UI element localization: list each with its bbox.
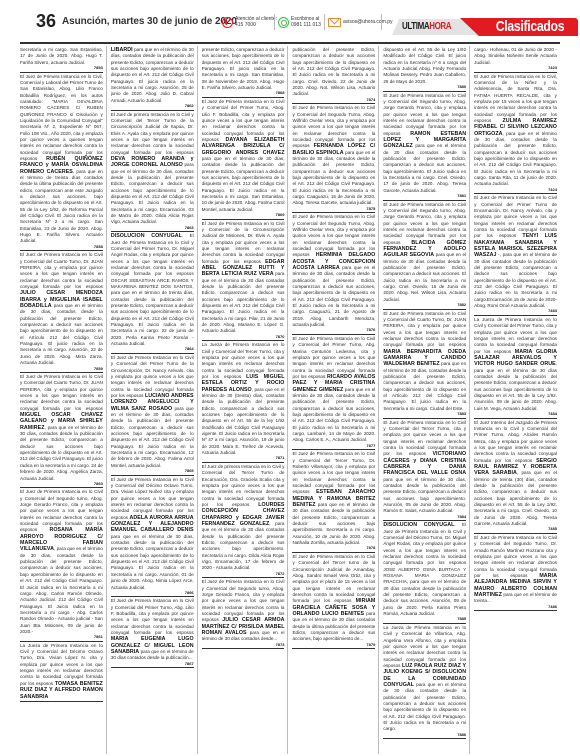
legal-notice: DISOLUCION CONYUGAL. El Juez de Primera … <box>111 232 194 354</box>
legal-notice: El Juez de Primera Instancia en lo Civil… <box>292 213 375 335</box>
legal-notice: El Juez de Primera Instancia en lo Civil… <box>383 310 466 419</box>
legal-notice: El Juez de Primera Instancia en lo Civil… <box>292 450 375 553</box>
notice-tail: para que en el término de 30 días, conta… <box>111 162 194 224</box>
notice-tail: para que en el término de 30 días, conta… <box>292 150 375 206</box>
notice-code: 7864 <box>111 347 194 352</box>
notice-code: 7886 <box>383 733 466 738</box>
notice-code: 7859 <box>20 367 103 372</box>
notice-tail: para que en el término de 30 días contad… <box>292 502 375 545</box>
notice-text: Secretaría a mi cargo. San Estanislao, 1… <box>20 47 103 65</box>
brand-logo: ULTIMAHORA <box>402 21 451 32</box>
notice-text: dispuesto en el Art. 55 de la Ley 1/92 M… <box>383 47 466 84</box>
notice-tail: para que en el término de 30 días, conta… <box>292 265 375 327</box>
notice-tail: , para que en el término de 30 días cont… <box>474 361 557 410</box>
notice-tail: -, para que en el término de 30 días con… <box>474 252 557 308</box>
legal-notice: dispuesto en el Art. 55 de la Ley 1/92 M… <box>383 46 466 92</box>
notice-tail: para que en el término de 30 días, conta… <box>20 303 103 365</box>
notice-body: El Juez de Primera Instancia en lo Civil… <box>111 598 194 661</box>
legal-notice: Secretaría a mi cargo. San Estanislao, 1… <box>20 46 103 73</box>
notice-body: El Juez de Primera Instancia en lo Civil… <box>292 451 375 546</box>
notice-code: 7877 <box>292 444 375 449</box>
notice-code: 7423 <box>474 66 557 71</box>
notice-body: El Juez de Primera Instancia en lo Civil… <box>474 74 557 188</box>
header-rule <box>20 42 560 44</box>
legal-notice: El Juez de Primera Instancia en lo Civil… <box>202 578 285 649</box>
notice-text: El Juez de Primera Instancia en lo Civil… <box>111 598 194 635</box>
notice-text: El Juez de Primera Instancia en lo Civil… <box>383 202 466 245</box>
notice-body: La Jueza de Primera Instancia en lo Civi… <box>383 625 466 733</box>
notice-tail: para que en el término de 30 días contad… <box>383 682 466 731</box>
legal-notice: La Jueza de Primera Instancia en lo Civi… <box>202 341 285 463</box>
legal-notice: LIBARDI para que en el término de 30 día… <box>111 46 194 111</box>
notice-code: 7485 <box>474 527 557 532</box>
notice-text: El Juez de Primera Instancia en lo Civil… <box>383 311 466 348</box>
notice-body: El Juez de Primera Instancia en lo Civil… <box>383 93 466 195</box>
notice-body: LIBARDI para que en el término de 30 día… <box>111 47 194 104</box>
notice-body: El Juez de Primera Instancia en lo Civil… <box>20 374 103 482</box>
legal-notice: El Juez de Primera Instancia en lo Civil… <box>202 98 285 220</box>
date-line: Asunción, martes 30 de junio de 2020 <box>62 16 237 27</box>
notice-code: 7868 <box>202 91 285 96</box>
notice-code: 7865 <box>111 469 194 474</box>
contact-value: 0981 111 013 <box>291 22 321 28</box>
legal-notice: El Juez de Primera Instancia en lo Civil… <box>383 92 466 201</box>
notice-text: El Juez de Primera Instancia en lo Civil… <box>292 214 375 257</box>
phone-icon <box>222 17 233 28</box>
notice-tail: para que en el término de 30 días, conta… <box>111 534 194 590</box>
notice-code: 7869 <box>202 213 285 218</box>
notice-tail: . El Juez de Primera Instancia en lo Civ… <box>111 233 194 346</box>
column-4: publicación del presente Edicto, compare… <box>292 46 379 754</box>
notice-text: El Juez de Primera Instancia en lo Civil… <box>383 93 466 136</box>
notice-body: publicación del presente Edicto, compare… <box>292 47 375 98</box>
notice-code: 7853 <box>20 66 103 71</box>
contact-value: 415 7000 <box>235 22 256 28</box>
notice-tail: para que en el término de 30 días, conta… <box>292 387 375 443</box>
notice-code: 7883 <box>383 412 466 417</box>
column-2: LIBARDI para que en el término de 30 día… <box>111 46 198 754</box>
legal-notice: La Jueza de Primera Instancia en lo Civi… <box>383 624 466 739</box>
notice-code: 7858 <box>20 245 103 250</box>
notice-tail: , para que en el término de treinta días… <box>20 169 103 244</box>
notice-code: 7424 <box>474 188 557 193</box>
legal-notice: publicación del presente Edicto, compare… <box>292 46 375 104</box>
section-title: Clasificados <box>489 18 571 36</box>
legal-notice: El Juez de Primera Instancia en lo Civil… <box>20 73 103 252</box>
notice-text: publicación del presente Edicto, compare… <box>292 47 375 96</box>
notice-body: DISOLUCION CONYUGAL. El Juez de Primera … <box>383 522 466 617</box>
page-number: 36 <box>36 11 56 32</box>
notice-body: El Juez de Primera Instancia en lo Civil… <box>292 554 375 643</box>
notice-text: El Juez de Primera Instancia en lo Civil… <box>20 252 103 289</box>
notice-text: El Juez de Primera Instancia en lo Civil… <box>474 195 557 238</box>
notice-tail: para que en el término de 30 días, conta… <box>383 361 466 410</box>
notice-code: 7875 <box>292 207 375 212</box>
contact-value: avisos@uhora.com.py <box>343 19 393 25</box>
notice-text: El Juez de primera Instancia en lo Civil… <box>111 112 194 155</box>
notice-tail: para que en el término de 30 días contad… <box>383 143 466 192</box>
notice-tail: para que en el término de 30 días, conta… <box>111 47 194 103</box>
notice-tail: , para que en el término de 30 días, con… <box>474 131 557 187</box>
notice-body: El Juez de Primera Instancia en lo Civil… <box>202 99 285 213</box>
notice-tail: para que en el término de 30 días, conta… <box>202 156 285 212</box>
divider <box>324 14 325 30</box>
notice-body: El Juez de Primera Instancia en lo Civil… <box>202 579 285 642</box>
notice-names: DISOLUCION CONYUGAL <box>111 233 182 239</box>
notice-text: El Juez de Primera Instancia en lo Civil… <box>20 489 103 532</box>
notice-text: El Juez de Primera Instancia en lo Civil… <box>20 374 103 411</box>
notice-body: El Juez de Primera Instancia en lo Civil… <box>20 489 103 635</box>
legal-notice: El Juez de Primera Instancia en lo Civil… <box>292 553 375 649</box>
notice-body: El Juez de Primera Instancia en lo Civil… <box>292 214 375 328</box>
notice-text: La Jueza de Primera Instancia en lo Civi… <box>383 625 466 668</box>
notice-body: El Juez de Primera Instancia en lo Civil… <box>474 195 557 309</box>
notice-code: 7873 <box>202 643 285 648</box>
legal-notice: El Juez de Primera Instancia en lo Civil… <box>111 597 194 668</box>
column-5: dispuesto en el Art. 55 de la Ley 1/92 M… <box>383 46 470 754</box>
notice-text: El Juez de Primera Instancia en lo Civil… <box>292 336 375 379</box>
notice-tail: para que en el término de 30 días contad… <box>202 271 285 333</box>
legal-notice: La Jueza de Primera Instancia en lo Civi… <box>20 642 103 702</box>
mail-icon <box>328 18 341 27</box>
notice-body: El Juez de Primera Instancia en lo Civil… <box>383 202 466 304</box>
classifieds-columns: Secretaría a mi cargo. San Estanislao, 1… <box>20 46 560 754</box>
notice-body: El Juez de Primera Instancia en lo Civil… <box>202 221 285 335</box>
notice-tail: . El Juez de Primera Instancia en lo Civ… <box>383 522 466 616</box>
notice-body: El Juez de Primera Instancia en lo Civil… <box>383 311 466 413</box>
notice-body: La Jueza de Primera Instancia en lo Civi… <box>20 643 103 700</box>
notice-code: 7863 <box>111 226 194 231</box>
legal-notice: El Juez de Primera Instancia en lo Civil… <box>202 220 285 342</box>
notice-code: 7884 <box>383 515 466 520</box>
notice-body: El Juez de Primera Instancia en lo Civil… <box>292 105 375 207</box>
notice-code: 7881 <box>383 194 466 199</box>
notice-text: El Juez de Primera Instancia en lo Civil… <box>202 99 285 142</box>
legal-notice: DISOLUCION CONYUGAL. El Juez de Primera … <box>383 521 466 624</box>
notice-text: El Juez de primera Instancia en lo Civil… <box>202 464 285 507</box>
notice-text: El Juez de Primera Instancia en lo Civil… <box>111 477 194 520</box>
notice-code: 7862 <box>111 104 194 109</box>
notice-code: 7867 <box>111 662 194 667</box>
notice-tail: , para que en el término de 30 días, con… <box>20 425 103 481</box>
notice-code: 7880 <box>383 85 466 90</box>
legal-notice: El Juez de primera Instancia en lo Civil… <box>111 111 194 233</box>
notice-body: El Juez de Primera Instancia en lo Civil… <box>20 252 103 366</box>
legal-notice: El Juez de Primera Instancia en lo Civil… <box>111 476 194 598</box>
legal-notice: El Juez de Primera Instancia en lo Civil… <box>383 201 466 310</box>
legal-notice: cargo.- Hohenau, 01 de Junio de 2020 -Ab… <box>474 46 557 73</box>
notice-body: El Juez de Primera Instancia en lo Civil… <box>383 420 466 515</box>
notice-code: 7878 <box>292 546 375 551</box>
column-6: cargo.- Hohenau, 01 de Junio de 2020 -Ab… <box>474 46 560 754</box>
divider <box>274 14 275 30</box>
legal-notice: El Juez de Primera Instancia en lo Civil… <box>474 73 557 195</box>
notice-body: El Juez de Primera Instancia en lo Civil… <box>474 535 557 605</box>
notice-text: cargo.- Hohenau, 01 de Junio de 2020 -Ab… <box>474 47 557 65</box>
notice-tail: para que en el término de 30 días, conta… <box>111 406 194 468</box>
notice-body: La Jueza de Primera Instancia en lo Civi… <box>474 317 557 412</box>
legal-notice: El Juez Interino del Juzgado de Primera … <box>474 419 557 534</box>
notice-body: DISOLUCION CONYUGAL. El Juez de Primera … <box>111 233 194 347</box>
notice-code: 7483 <box>474 309 557 314</box>
whatsapp-icon <box>278 17 289 28</box>
column-3: presente Edicto, comparezcan a deducir s… <box>202 46 289 754</box>
notice-code: 7879 <box>292 643 375 648</box>
legal-notice: El Juez de Primera Instancia en lo Civil… <box>20 488 103 641</box>
notice-code: 7876 <box>292 328 375 333</box>
legal-notice: El Juez de Primera Instancia en lo Civil… <box>474 534 557 611</box>
notice-body: El Juez de Primera Instancia en lo Civil… <box>111 355 194 469</box>
legal-notice: El Juez de primera Instancia en lo Civil… <box>202 463 285 578</box>
notice-code: 7870 <box>202 335 285 340</box>
notice-text: El Juez de Primera Instancia en lo Civil… <box>20 74 103 161</box>
email-contact: avisos@uhora.com.py <box>328 13 393 31</box>
notice-code: 7861 <box>20 635 103 640</box>
column-1: Secretaría a mi cargo. San Estanislao, 1… <box>20 46 107 754</box>
notice-names: DEVA ROMERO ARANDA y JORGE CORONEL ALONS… <box>111 156 194 168</box>
notice-body: El Juez Interino del Juzgado de Primera … <box>474 420 557 528</box>
notice-tail: , para que en el término de 30 (treinta)… <box>202 387 285 455</box>
notice-text: presente Edicto, comparezcan a deducir s… <box>202 47 285 90</box>
notice-tail: , para que en el término de treinta (30)… <box>474 470 557 526</box>
notice-code: 7866 <box>111 591 194 596</box>
notice-code: 7882 <box>383 303 466 308</box>
notice-text: El Juez de Primera Instancia en lo Civil… <box>111 355 194 398</box>
notice-tail: , para que en el término de 30 días, con… <box>20 546 103 633</box>
notice-body: cargo.- Hohenau, 01 de Junio de 2020 -Ab… <box>474 47 557 66</box>
legal-notice: El Juez de Primera Instancia en lo Civil… <box>474 194 557 316</box>
notice-code: 7484 <box>474 412 557 417</box>
notice-body: dispuesto en el Art. 55 de la Ley 1/92 M… <box>383 47 466 85</box>
notice-text: El Juez de Primera Instancia en lo Civil… <box>292 451 375 494</box>
notice-body: La Jueza de Primera Instancia en lo Civi… <box>202 342 285 456</box>
legal-notice: El Juez de Primera Instancia en lo Civil… <box>20 373 103 488</box>
customer-service-contact: Atención al cliente:415 7000 <box>222 13 277 31</box>
divider <box>381 14 382 30</box>
legal-notice: El Juez de Primera Instancia en lo Civil… <box>111 354 194 476</box>
notice-body: El Juez de primera Instancia en lo Civil… <box>202 464 285 572</box>
notice-text: El Juez de Primera Instancia en lo Civil… <box>474 74 557 123</box>
notice-text: El Juez de Primera Instancia en lo Civil… <box>292 554 375 603</box>
legal-notice: presente Edicto, comparezcan a deducir s… <box>202 46 285 98</box>
legal-notice: El Juez de Primera Instancia en lo Civil… <box>383 419 466 522</box>
notice-text: El Juez Interino del Juzgado de Primera … <box>474 420 557 463</box>
notice-text: El Juez de Primera Instancia en lo Civil… <box>202 221 285 264</box>
legal-notice: El Juez de Primera Instancia en lo Civil… <box>292 104 375 213</box>
notice-code: 7486 <box>474 605 557 610</box>
notice-text: El Juez de Primera Instancia en lo Civil… <box>292 105 375 148</box>
notice-code: 7885 <box>383 617 466 622</box>
legal-notice: La Jueza de Primera Instancia en lo Civi… <box>474 316 557 419</box>
notice-names: DISOLUCION CONYUGAL <box>383 522 454 528</box>
notice-code: 7871 <box>202 456 285 461</box>
notice-body: Secretaría a mi cargo. San Estanislao, 1… <box>20 47 103 66</box>
notice-body: El Juez de primera Instancia en lo Civil… <box>111 112 194 226</box>
notice-names: LIBARDI <box>111 47 133 53</box>
notice-text: El Juez de Primera Instancia en lo Civil… <box>202 579 285 622</box>
notice-body: presente Edicto, comparezcan a deducir s… <box>202 47 285 91</box>
page-header: 36 Asunción, martes 30 de junio de 2020 … <box>0 0 580 40</box>
notice-body: El Juez de Primera Instancia en lo Civil… <box>292 336 375 444</box>
legal-notice: El Juez de Primera Instancia en lo Civil… <box>292 335 375 450</box>
whatsapp-contact: Escribinos al0981 111 013 <box>278 13 321 31</box>
notice-code: 7860 <box>20 482 103 487</box>
notice-code: 7872 <box>202 572 285 577</box>
notice-body: El Juez de Primera Instancia en lo Civil… <box>111 477 194 591</box>
notice-text: El Juez de Primera Instancia en lo Civil… <box>474 535 557 578</box>
notice-tail: para que en el término de 30 días, conta… <box>383 477 466 514</box>
notice-tail: , para que en el término de 30 días cont… <box>202 521 285 570</box>
notice-code: 7874 <box>292 98 375 103</box>
notice-tail: para que en el término de 30 días contad… <box>383 252 466 301</box>
notice-text: La Jueza de Primera Instancia en lo Civi… <box>20 643 103 686</box>
legal-notice: El Juez de Primera Instancia en lo Civil… <box>20 251 103 373</box>
notice-body: El Juez de Primera Instancia en lo Civil… <box>20 74 103 245</box>
